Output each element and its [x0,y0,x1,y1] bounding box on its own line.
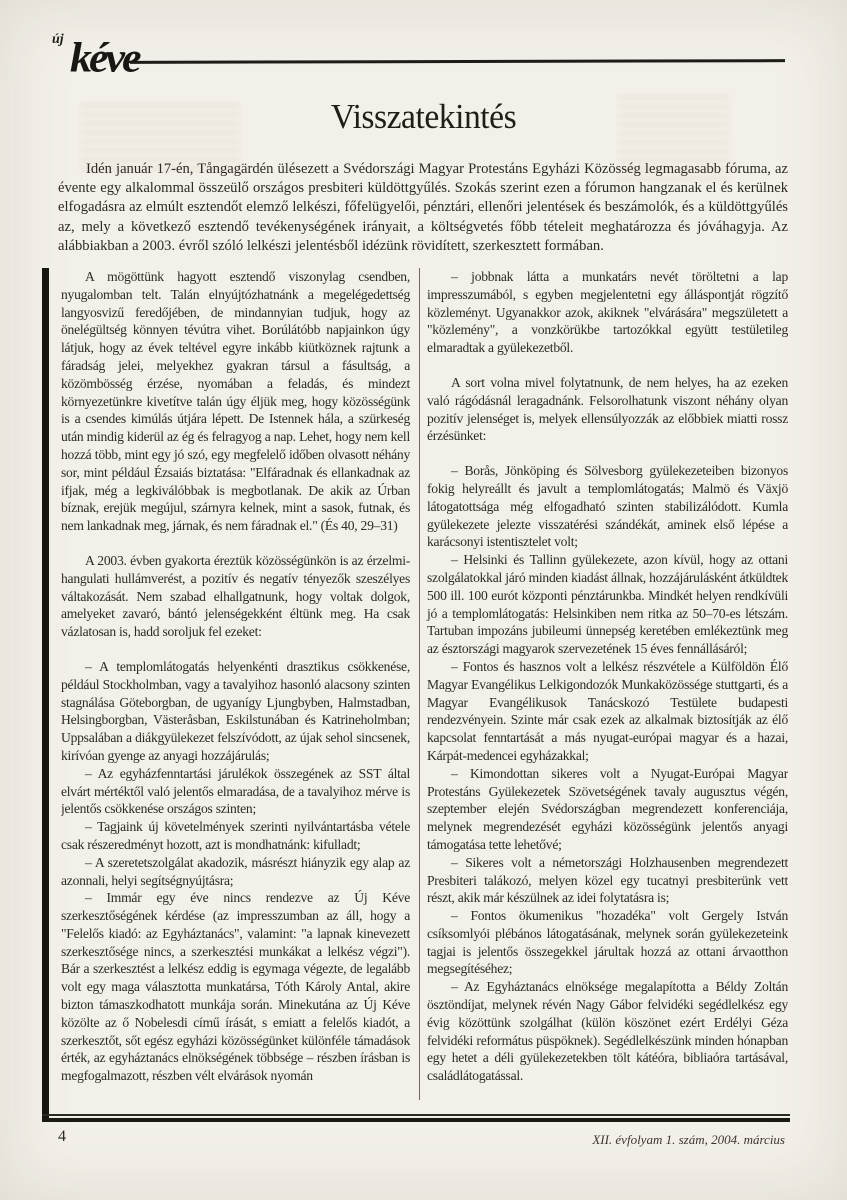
footer-rule-thick [42,1118,790,1122]
right-column: – jobbnak látta a munkatárs nevét törölt… [427,268,788,1114]
paragraph: – A szeretetszolgálat akadozik, másrészt… [61,854,410,890]
paragraph: A 2003. évben gyakorta éreztük közösségü… [61,552,410,641]
left-column: A mögöttünk hagyott esztendő viszonylag … [61,268,410,1114]
header-rule [130,59,785,64]
paragraph: A sort volna mivel folytatnunk, de nem h… [427,374,788,445]
paragraph: – Borås, Jönköping és Sölvesborg gyüleke… [427,462,788,551]
left-margin-bar [42,268,49,1122]
paragraph: – Immár egy éve nincs rendezve az Új Kév… [61,889,410,1085]
footer-rule [42,1114,790,1122]
logo-word-text: kéve [70,33,139,81]
issue-info: XII. évfolyam 1. szám, 2004. március [592,1132,785,1148]
intro-paragraph: Idén január 17-én, Tångagärdén ülésezett… [58,160,788,256]
paragraph: – Az egyházfenntartási járulékok összegé… [61,765,410,818]
paragraph: – jobbnak látta a munkatárs nevét törölt… [427,268,788,357]
paragraph: – Fontos és hasznos volt a lelkész részv… [427,658,788,765]
paragraph: – Tagjaink új követelmények szerinti nyi… [61,818,410,854]
column-divider [419,268,420,1100]
paragraph: – A templomlátogatás helyenkénti draszti… [61,658,410,765]
paragraph: – Fontos ökumenikus "hozadéka" volt Gerg… [427,907,788,978]
paragraph: – Az Egyháztanács elnöksége megalapított… [427,978,788,1085]
scanned-page: új kéve Visszatekintés Idén január 17-én… [0,0,847,1200]
page-title: Visszatekintés [17,97,830,137]
page-number: 4 [58,1128,66,1146]
article-columns: A mögöttünk hagyott esztendő viszonylag … [61,268,788,1114]
footer-rule-thin [42,1114,790,1116]
paragraph: – Sikeres volt a németországi Holzhausen… [427,854,788,907]
paragraph: – Helsinki és Tallinn gyülekezete, azon … [427,551,788,658]
logo-prefix-text: új [52,32,64,48]
paragraph: A mögöttünk hagyott esztendő viszonylag … [61,268,410,535]
paragraph: – Kimondottan sikeres volt a Nyugat-Euró… [427,765,788,854]
